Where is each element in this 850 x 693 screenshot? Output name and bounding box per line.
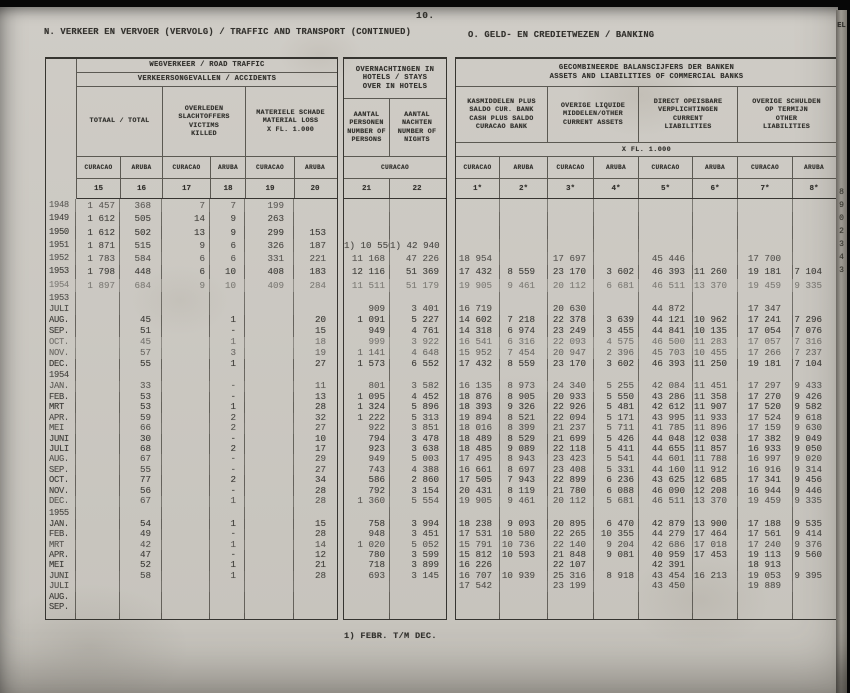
data-cell: 515 — [120, 239, 162, 252]
data-cell: 51 369 — [390, 265, 444, 278]
data-cell: 21 848 — [548, 550, 594, 560]
data-cell — [294, 602, 334, 612]
data-cell — [548, 212, 594, 225]
data-cell: 77 — [120, 475, 162, 485]
data-cell: 59 — [120, 413, 162, 423]
data-cell: 684 — [120, 279, 162, 292]
column-id: 5* — [639, 179, 693, 198]
data-cell: 55 — [120, 359, 162, 370]
data-cell — [344, 226, 390, 239]
data-cell: 326 — [245, 239, 294, 252]
data-cell: 17 520 — [738, 402, 793, 412]
table-row — [344, 212, 446, 225]
data-cell: 32 — [294, 413, 334, 423]
data-cell — [738, 602, 793, 612]
data-cell: 21 699 — [548, 434, 594, 444]
data-cell: 21 780 — [548, 486, 594, 496]
data-cell: 11 — [294, 381, 334, 391]
data-cell: 21 237 — [548, 423, 594, 433]
data-cell: 16 213 — [693, 571, 738, 581]
data-cell: 53 — [120, 392, 162, 402]
data-cell: 18 913 — [738, 560, 793, 570]
data-cell: 7 943 — [500, 475, 548, 485]
row-label: DEC. — [46, 496, 76, 506]
data-cell: 1 — [210, 496, 245, 506]
data-cell — [344, 212, 390, 225]
data-cell — [548, 592, 594, 602]
table-row: 11 16847 226 — [344, 252, 446, 265]
data-cell — [294, 507, 334, 519]
curacao-header: CURACAO — [548, 157, 594, 178]
data-cell: 5 313 — [390, 413, 444, 423]
data-cell: 46 393 — [639, 359, 693, 370]
data-cell: 28 — [294, 486, 334, 496]
data-cell: 9 335 — [793, 496, 835, 506]
data-cell: 9 426 — [793, 392, 835, 402]
data-cell — [294, 581, 334, 591]
data-cell — [793, 212, 835, 225]
data-cell: 1 871 — [76, 239, 120, 252]
data-cell: 42 612 — [639, 402, 693, 412]
data-cell: 12 038 — [693, 434, 738, 444]
data-cell: 21 — [294, 560, 334, 570]
table-row: 1 3245 896 — [344, 402, 446, 412]
data-cell — [162, 613, 210, 619]
data-cell — [639, 592, 693, 602]
data-cell — [245, 560, 294, 570]
table-row: 17 4328 55923 1703 60246 39311 26019 181… — [456, 265, 837, 278]
data-cell — [245, 613, 294, 619]
footnote: 1) FEBR. T/M DEC. — [344, 631, 437, 641]
data-cell — [390, 507, 444, 519]
table-row: AUG.67-29 — [46, 454, 337, 464]
data-cell: 8 559 — [500, 265, 548, 278]
table-row: NOV.56-28 — [46, 486, 337, 496]
data-cell — [738, 507, 793, 519]
data-cell: 5 426 — [594, 434, 639, 444]
data-cell: 67 — [120, 496, 162, 506]
page-number: 10. — [416, 10, 435, 21]
data-cell: 9 376 — [793, 540, 835, 550]
data-cell: 3 154 — [390, 486, 444, 496]
edge-digit: 9 — [836, 199, 847, 212]
table-row: 7943 478 — [344, 434, 446, 444]
table-row — [344, 226, 446, 239]
data-cell — [548, 369, 594, 381]
table-row: OCT.45118 — [46, 337, 337, 348]
data-cell — [76, 529, 120, 539]
data-cell: 8 973 — [500, 381, 548, 391]
table-row: 16 70710 93925 3168 91843 45416 21319 05… — [456, 571, 837, 581]
data-cell: 999 — [344, 337, 390, 348]
section-row — [456, 292, 837, 304]
data-cell: 5 331 — [594, 465, 639, 475]
data-cell — [76, 507, 120, 519]
data-cell: 11 168 — [344, 252, 390, 265]
table-row: 18 3939 32622 9265 48142 61211 90717 520… — [456, 402, 837, 412]
data-cell: 4 452 — [390, 392, 444, 402]
data-cell: 27 — [294, 465, 334, 475]
table-row: 7803 599 — [344, 550, 446, 560]
column-id: 17 — [163, 179, 211, 198]
table-row: 1 3605 554 — [344, 496, 446, 506]
row-label: SEP. — [46, 326, 76, 337]
row-label: JUNI — [46, 571, 76, 581]
data-cell — [548, 199, 594, 212]
data-cell: 1 — [210, 560, 245, 570]
data-cell: 505 — [120, 212, 162, 225]
edge-digit: 3 — [836, 238, 847, 251]
data-cell: 17 561 — [738, 529, 793, 539]
data-cell: 44 279 — [639, 529, 693, 539]
data-cell: 4 761 — [390, 326, 444, 337]
data-cell: - — [210, 434, 245, 444]
data-cell — [245, 413, 294, 423]
data-cell: 16 135 — [456, 381, 500, 391]
data-cell — [693, 212, 738, 225]
data-cell: 17 524 — [738, 413, 793, 423]
data-cell: 9 049 — [793, 434, 835, 444]
data-cell: 9 — [210, 212, 245, 225]
data-cell — [500, 592, 548, 602]
data-cell — [344, 592, 390, 602]
data-cell: 47 226 — [390, 252, 444, 265]
data-cell: 1 798 — [76, 265, 120, 278]
data-cell: 20 431 — [456, 486, 500, 496]
column-header: OVERLEDEN SLACHTOFFERS VICTIMS KILLED — [163, 87, 246, 156]
data-cell: 11 896 — [693, 423, 738, 433]
aruba-header: ARUBA — [500, 157, 548, 178]
data-cell: 16 944 — [738, 486, 793, 496]
data-cell — [76, 613, 120, 619]
data-cell: 586 — [344, 475, 390, 485]
data-cell — [210, 292, 245, 304]
data-cell: 66 — [120, 423, 162, 433]
table-row: JUNI58128 — [46, 571, 337, 581]
data-cell: 23 423 — [548, 454, 594, 464]
data-cell: 18 238 — [456, 519, 500, 529]
data-cell: 16 541 — [456, 337, 500, 348]
data-cell: 17 382 — [738, 434, 793, 444]
data-cell — [793, 560, 835, 570]
column-header: KASMIDDELEN PLUS SALDO CUR. BANK CASH PL… — [456, 87, 548, 142]
data-cell: 8 559 — [500, 359, 548, 370]
data-cell: 46 090 — [639, 486, 693, 496]
data-cell: 5 255 — [594, 381, 639, 391]
data-cell: 45 — [120, 337, 162, 348]
group-header: GECOMBINEERDE BALANSCIJFERS DER BANKEN A… — [456, 59, 837, 199]
data-cell: 7 454 — [500, 348, 548, 359]
data-cell: 27 — [294, 423, 334, 433]
data-cell — [500, 602, 548, 612]
data-cell: 8 399 — [500, 423, 548, 433]
data-cell — [76, 434, 120, 444]
data-cell: 20 112 — [548, 496, 594, 506]
table-row: DEC.67128 — [46, 496, 337, 506]
data-cell: 23 199 — [548, 581, 594, 591]
section-row — [456, 369, 837, 381]
data-cell — [162, 465, 210, 475]
data-cell: 20 630 — [548, 304, 594, 315]
data-cell — [456, 239, 500, 252]
data-cell: 17 464 — [693, 529, 738, 539]
row-label: FEB. — [46, 392, 76, 402]
data-cell — [456, 292, 500, 304]
aruba-header: ARUBA — [594, 157, 639, 178]
data-cell: 9 050 — [793, 444, 835, 454]
table-row: 19511 87151596326187 — [46, 239, 337, 252]
data-cell: 9 456 — [793, 475, 835, 485]
table-row: 17 4958 94323 4235 54144 60111 78816 997… — [456, 454, 837, 464]
data-cell — [738, 592, 793, 602]
data-cell — [245, 519, 294, 529]
data-cell: 13 370 — [693, 496, 738, 506]
data-cell — [793, 507, 835, 519]
table-row: 16 71920 63044 87217 347 — [456, 304, 837, 315]
data-cell: 6 088 — [594, 486, 639, 496]
data-cell — [390, 369, 444, 381]
data-cell — [245, 602, 294, 612]
row-label: FEB. — [46, 529, 76, 539]
data-cell: 1 — [210, 337, 245, 348]
table-row: 7583 994 — [344, 519, 446, 529]
data-cell: 15 952 — [456, 348, 500, 359]
table-row — [456, 592, 837, 602]
table-row: 1 2225 313 — [344, 413, 446, 423]
data-cell — [793, 602, 835, 612]
data-cell — [639, 613, 693, 619]
data-cell: 3 478 — [390, 434, 444, 444]
data-cell: 10 455 — [693, 348, 738, 359]
table-row: 19491 612505149263 — [46, 212, 337, 225]
data-cell — [793, 581, 835, 591]
aruba-header: ARUBA — [693, 157, 738, 178]
data-cell — [594, 292, 639, 304]
column-id-row: 151617181920 — [77, 179, 337, 199]
data-cell: 44 048 — [639, 434, 693, 444]
table-row: MRT42114 — [46, 540, 337, 550]
group-subtitle: VERKEERSONGEVALLEN / ACCIDENTS — [77, 73, 337, 87]
data-cell — [162, 304, 210, 315]
table-row: JAN.54115 — [46, 519, 337, 529]
data-cell: 42 686 — [639, 540, 693, 550]
unit-label: X FL. 1.000 — [456, 143, 837, 157]
data-cell: 19 113 — [738, 550, 793, 560]
group-body: 19481 4573687719919491 61250514926319501… — [46, 199, 337, 619]
data-cell: 502 — [120, 226, 162, 239]
data-cell — [76, 359, 120, 370]
data-cell: 22 093 — [548, 337, 594, 348]
data-cell — [793, 226, 835, 239]
table-row — [456, 613, 837, 619]
data-cell — [294, 304, 334, 315]
data-cell — [594, 304, 639, 315]
data-cell — [120, 581, 162, 591]
row-label: 1953 — [46, 292, 76, 304]
data-cell — [245, 592, 294, 602]
aruba-header: ARUBA — [793, 157, 835, 178]
table-row: 18 0168 39921 2375 71141 78511 89617 159… — [456, 423, 837, 433]
table-row: 9993 922 — [344, 337, 446, 348]
data-cell: 7 — [162, 199, 210, 212]
data-cell: 183 — [294, 265, 334, 278]
row-label: JAN. — [46, 381, 76, 391]
data-cell: 6 974 — [500, 326, 548, 337]
data-cell: 30 — [120, 434, 162, 444]
data-cell: 14 — [162, 212, 210, 225]
row-label: DEC. — [46, 359, 76, 370]
data-cell: 17 341 — [738, 475, 793, 485]
column-header: AANTAL PERSONEN NUMBER OF PERSONS — [344, 99, 390, 156]
data-cell — [594, 613, 639, 619]
data-cell: 9 582 — [793, 402, 835, 412]
data-cell: 5 003 — [390, 454, 444, 464]
data-cell — [76, 602, 120, 612]
data-cell — [245, 454, 294, 464]
data-cell: 54 — [120, 519, 162, 529]
data-cell — [76, 560, 120, 570]
table-row: 17 5057 94322 8996 23643 62512 68517 341… — [456, 475, 837, 485]
data-cell: 18 — [294, 337, 334, 348]
data-cell: 16 719 — [456, 304, 500, 315]
data-cell — [693, 252, 738, 265]
data-cell: 46 500 — [639, 337, 693, 348]
data-cell: 8 697 — [500, 465, 548, 475]
data-cell — [456, 212, 500, 225]
data-cell: 23 170 — [548, 359, 594, 370]
table-row: JULI68217 — [46, 444, 337, 454]
data-cell: 17 700 — [738, 252, 793, 265]
data-cell — [500, 292, 548, 304]
data-cell — [162, 602, 210, 612]
table-row: 1 1414 648 — [344, 348, 446, 359]
data-cell — [162, 560, 210, 570]
table-row: 1 0915 227 — [344, 315, 446, 326]
data-cell: 10 580 — [500, 529, 548, 539]
data-cell — [120, 304, 162, 315]
data-cell: 47 — [120, 550, 162, 560]
data-cell — [294, 369, 334, 381]
data-cell: 3 851 — [390, 423, 444, 433]
data-cell: 17 241 — [738, 315, 793, 326]
data-cell: 17 297 — [738, 381, 793, 391]
data-cell: 17 542 — [456, 581, 500, 591]
data-cell — [639, 226, 693, 239]
data-cell: 1 141 — [344, 348, 390, 359]
data-cell: 3 401 — [390, 304, 444, 315]
data-cell: 909 — [344, 304, 390, 315]
data-cell — [500, 560, 548, 570]
data-cell — [162, 444, 210, 454]
curacao-header: CURACAO — [344, 157, 446, 178]
data-cell: 19 894 — [456, 413, 500, 423]
row-label: NOV. — [46, 486, 76, 496]
table-row: 19481 45736877199 — [46, 199, 337, 212]
data-cell: 12 — [294, 550, 334, 560]
data-cell: 11 907 — [693, 402, 738, 412]
data-cell — [245, 326, 294, 337]
data-cell: - — [210, 392, 245, 402]
data-cell — [738, 212, 793, 225]
data-cell: 8 529 — [500, 434, 548, 444]
data-cell: 2 — [210, 413, 245, 423]
data-cell: 20 947 — [548, 348, 594, 359]
data-cell: 9 414 — [793, 529, 835, 539]
data-cell — [76, 402, 120, 412]
data-cell: 14 — [294, 540, 334, 550]
data-cell — [245, 465, 294, 475]
data-cell — [693, 239, 738, 252]
data-cell: - — [210, 326, 245, 337]
data-cell: 53 — [120, 402, 162, 412]
data-cell — [76, 381, 120, 391]
data-cell — [500, 369, 548, 381]
table-row: SEP.55-27 — [46, 465, 337, 475]
data-cell: 15 812 — [456, 550, 500, 560]
data-cell: 263 — [245, 212, 294, 225]
data-cell — [793, 252, 835, 265]
data-cell — [162, 413, 210, 423]
table-row: APR.47-12 — [46, 550, 337, 560]
section-row: 1953 — [46, 292, 337, 304]
data-cell: 8 943 — [500, 454, 548, 464]
data-cell: 33 — [120, 381, 162, 391]
data-cell: - — [210, 550, 245, 560]
data-cell: 1 612 — [76, 226, 120, 239]
data-cell — [500, 613, 548, 619]
data-cell — [162, 592, 210, 602]
data-cell — [456, 369, 500, 381]
data-cell: 1 457 — [76, 199, 120, 212]
table-row — [456, 212, 837, 225]
data-cell: 20 112 — [548, 279, 594, 292]
table-row: 17 4328 55923 1703 60246 39311 25019 181… — [456, 359, 837, 370]
data-cell: 331 — [245, 252, 294, 265]
data-cell — [210, 304, 245, 315]
data-cell: 22 140 — [548, 540, 594, 550]
data-cell — [162, 292, 210, 304]
table-row: JAN.33-11 — [46, 381, 337, 391]
data-cell — [693, 369, 738, 381]
data-cell: 1 612 — [76, 212, 120, 225]
data-cell: 28 — [294, 571, 334, 581]
data-cell: 51 179 — [390, 279, 444, 292]
data-cell — [245, 540, 294, 550]
column-id: 3* — [548, 179, 594, 198]
data-cell — [390, 212, 444, 225]
table-row: SEP.51-15 — [46, 326, 337, 337]
data-cell — [548, 507, 594, 519]
data-cell: 7 316 — [793, 337, 835, 348]
data-cell — [639, 507, 693, 519]
data-cell — [210, 592, 245, 602]
region-header-row: CURACAO — [344, 157, 446, 179]
data-cell: 27 — [294, 359, 334, 370]
row-label: JUNI — [46, 434, 76, 444]
data-cell — [294, 592, 334, 602]
data-cell: 28 — [294, 402, 334, 412]
data-cell — [456, 592, 500, 602]
data-cell: 1 360 — [344, 496, 390, 506]
data-cell — [639, 212, 693, 225]
data-cell: 18 489 — [456, 434, 500, 444]
data-cell — [500, 199, 548, 212]
table-row: OCT.77234 — [46, 475, 337, 485]
data-cell — [390, 292, 444, 304]
data-cell: 584 — [120, 252, 162, 265]
data-cell: 43 625 — [639, 475, 693, 485]
table-row: 1) 10 5501) 42 940 — [344, 239, 446, 252]
